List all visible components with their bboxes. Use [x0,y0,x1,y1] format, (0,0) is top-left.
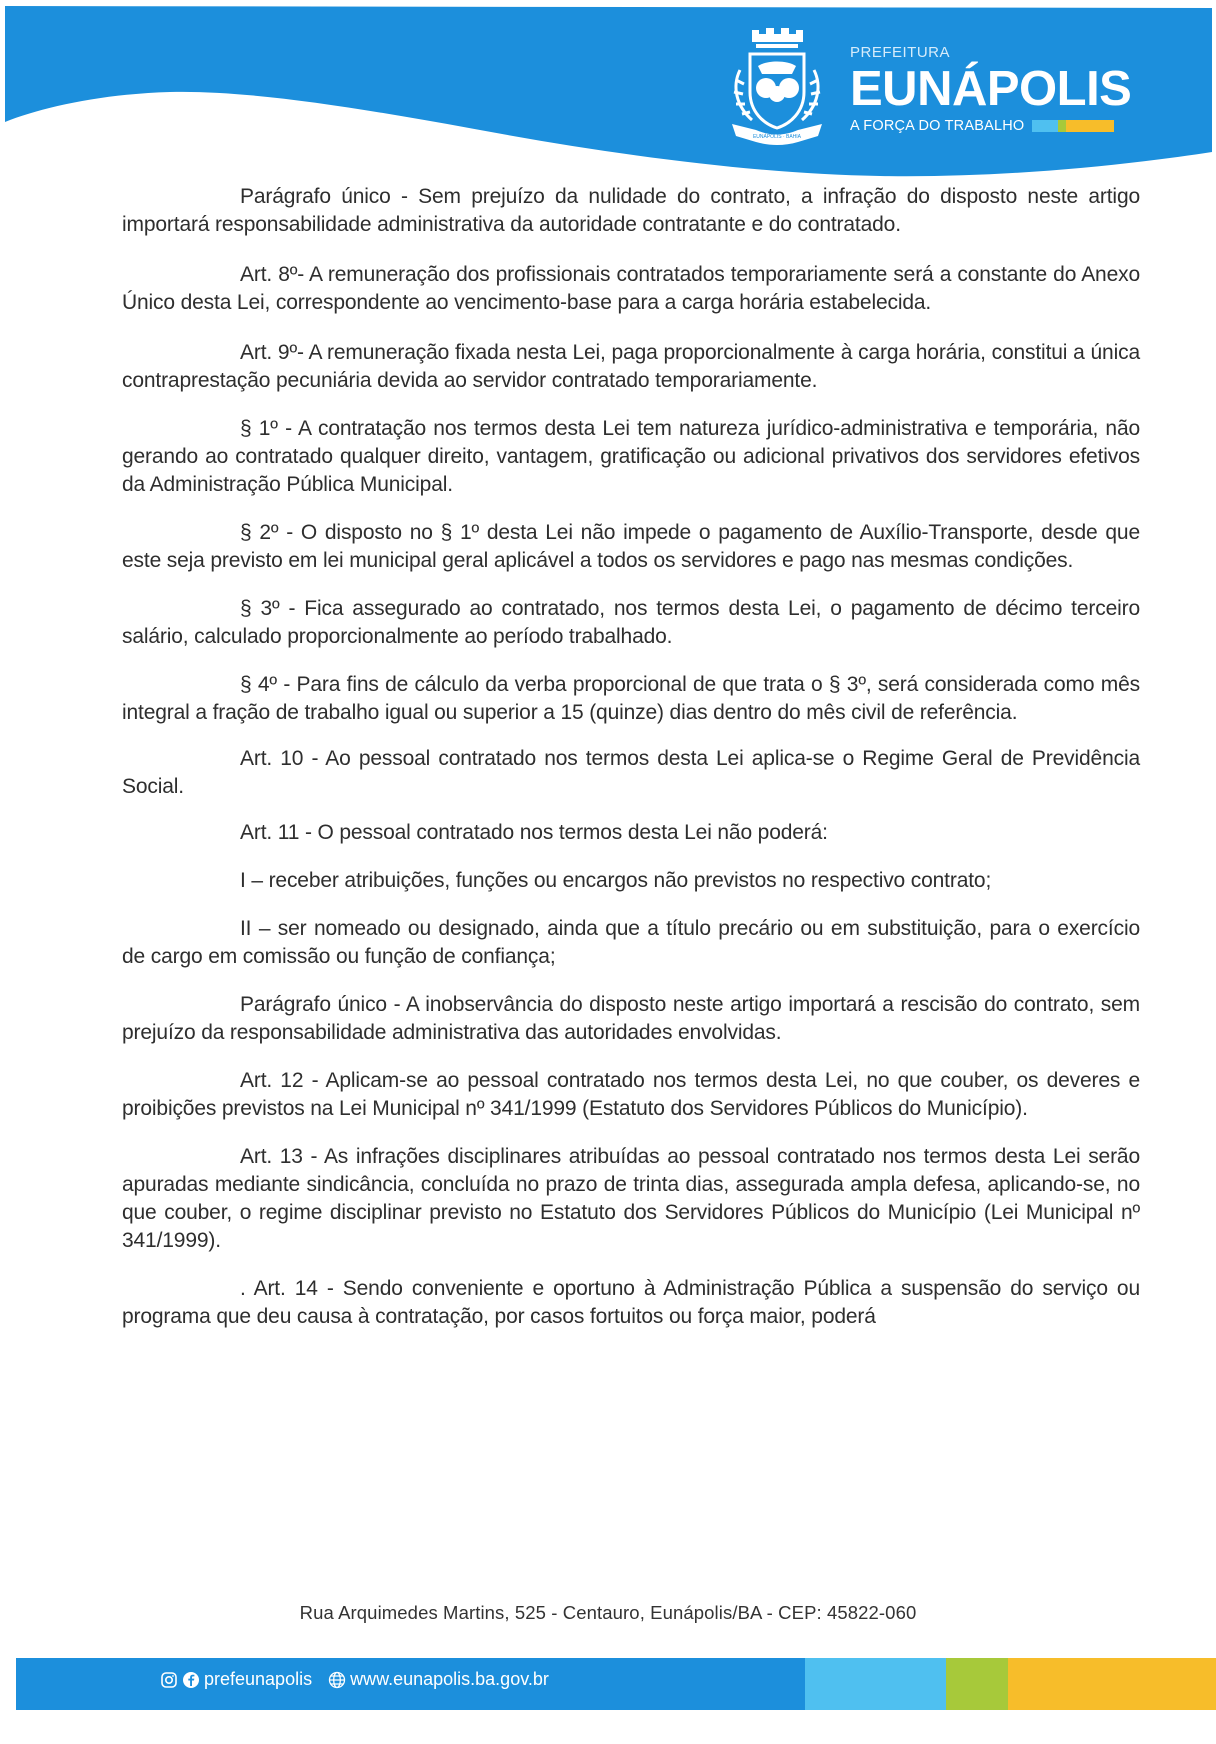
art-10: Art. 10 - Ao pessoal contratado nos term… [122,745,1140,801]
art-8: Art. 8º- A remuneração dos profissionais… [122,261,1140,317]
art-9: Art. 9º- A remuneração fixada nesta Lei,… [122,339,1140,395]
art-14: . Art. 14 - Sendo conveniente e oportuno… [122,1275,1140,1331]
art-11-inciso-2: II – ser nomeado ou designado, ainda que… [122,915,1140,971]
brand-name: EUNÁPOLIS [850,64,1131,114]
footer-address: Rua Arquimedes Martins, 525 - Centauro, … [0,1602,1216,1624]
instagram-icon[interactable] [160,1671,178,1689]
social-handle[interactable]: prefeunapolis [204,1669,312,1690]
brand-block: PREFEITURA EUNÁPOLIS A FORÇA DO TRABALHO [850,44,1131,134]
footer-seg-light-blue [805,1658,946,1710]
footer-seg-yellow [1008,1658,1216,1710]
art-9-par-4: § 4º - Para fins de cálculo da verba pro… [122,671,1140,727]
art-12: Art. 12 - Aplicam-se ao pessoal contrata… [122,1067,1140,1123]
document-body: Parágrafo único - Sem prejuízo da nulida… [122,183,1140,1331]
municipal-crest-logo: EUNÁPOLIS · BAHIA [712,20,842,150]
brand-tagline: A FORÇA DO TRABALHO [850,118,1024,134]
facebook-icon[interactable] [182,1671,200,1689]
website-link[interactable]: www.eunapolis.ba.gov.br [350,1669,549,1690]
color-stripe [1032,120,1114,132]
svg-text:EUNÁPOLIS · BAHIA: EUNÁPOLIS · BAHIA [753,133,802,140]
footer-social: prefeunapolis www.eunapolis.ba.gov.br [160,1669,549,1690]
art-13: Art. 13 - As infrações disciplinares atr… [122,1143,1140,1255]
art-9-par-2: § 2º - O disposto no § 1º desta Lei não … [122,519,1140,575]
art-11: Art. 11 - O pessoal contratado nos termo… [122,819,1140,847]
art-11-inciso-1: I – receber atribuições, funções ou enca… [122,867,1140,895]
brand-tagline-row: A FORÇA DO TRABALHO [850,118,1131,134]
brand-prefix: PREFEITURA [850,44,1131,62]
globe-icon [328,1671,346,1689]
footer-seg-green [946,1658,1008,1710]
art-9-par-1: § 1º - A contratação nos termos desta Le… [122,415,1140,499]
art-11-paragrafo-unico: Parágrafo único - A inobservância do dis… [122,991,1140,1047]
art-9-par-3: § 3º - Fica assegurado ao contratado, no… [122,595,1140,651]
header-banner: EUNÁPOLIS · BAHIA PREFEITURA EUNÁPOLIS A… [0,0,1216,190]
paragrafo-unico-art7: Parágrafo único - Sem prejuízo da nulida… [122,183,1140,239]
